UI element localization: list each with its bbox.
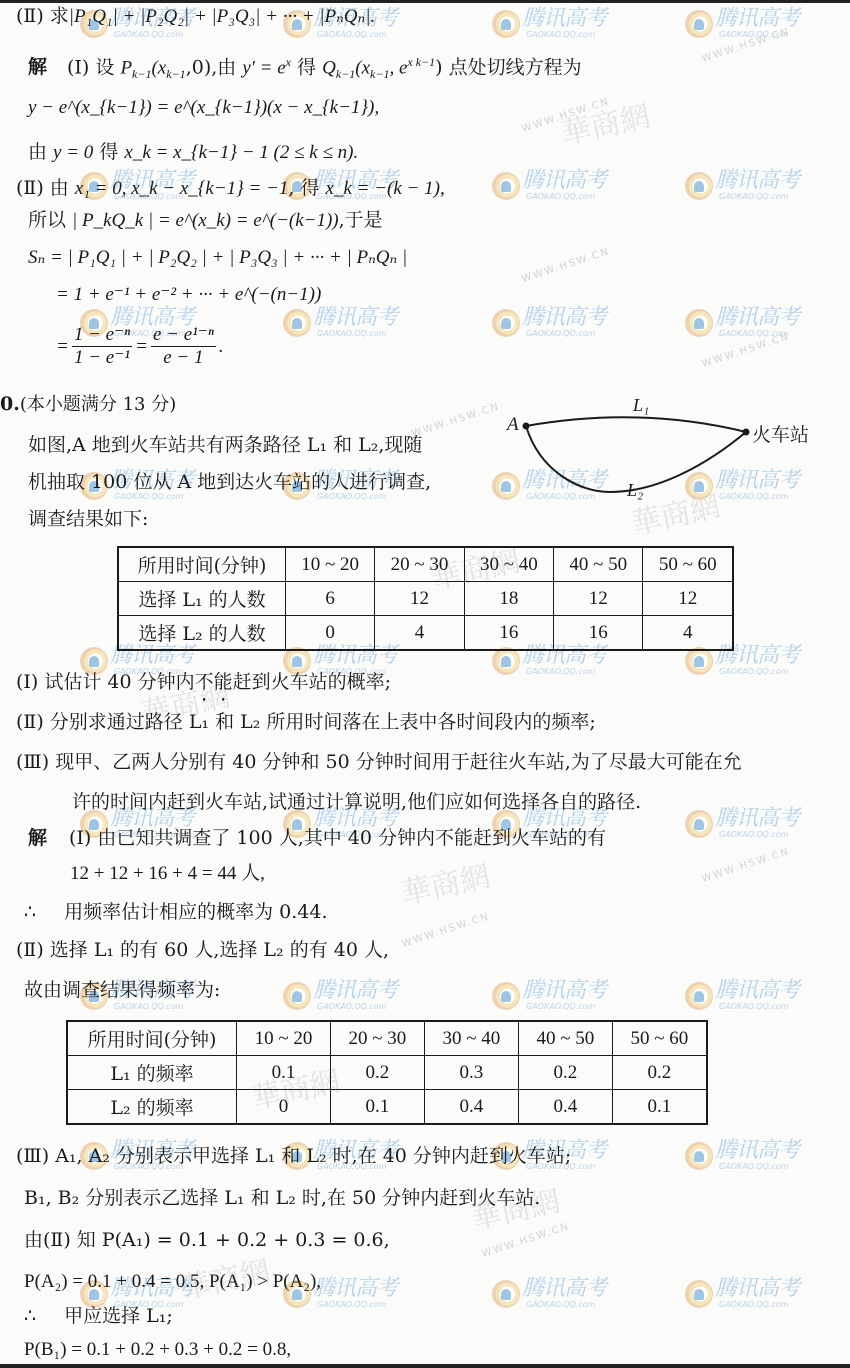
denominator: e − 1: [161, 347, 205, 369]
table-header-cell: 所用时间(分钟): [67, 1021, 237, 1056]
table-header-cell: 10 ~ 20: [286, 547, 375, 582]
station-dot: [743, 429, 750, 436]
therefore-symbol: ∴: [24, 901, 36, 923]
table-cell: 12: [643, 582, 733, 616]
row-label: L₂ 的频率: [67, 1090, 237, 1125]
equals-sign: =: [135, 335, 148, 359]
solution-part2-line-1: (Ⅱ) 选择 L₁ 的有 60 人,选择 L₂ 的有 40 人,: [16, 938, 389, 962]
math: , e: [389, 57, 407, 78]
solution-part3-line-4: P(A₂) = 0.1 + 0.4 = 0.5, P(A₁) > P(A₂),: [24, 1270, 321, 1294]
solution-part3-line-2: B₁, B₂ 分别表示乙选择 L₁ 和 L₂ 时,在 50 分钟内赶到火车站.: [24, 1186, 540, 1210]
fraction-2: e − e¹⁻ⁿe − 1: [151, 324, 216, 369]
tencent-logo-icon: [685, 172, 713, 200]
subscript: k−1: [166, 67, 185, 81]
prev-solution-line-2: y − e^(x_{k−1}) = e^(x_{k−1})(x − x_{k−1…: [28, 96, 379, 120]
tencent-logo-icon: [492, 982, 520, 1010]
watermark-hsw: WWW.HSW.CN: [411, 401, 502, 440]
text: 赶到火车站的概率;: [233, 671, 391, 693]
table-header-cell: 40 ~ 50: [554, 547, 643, 582]
table-cell: 0.1: [330, 1090, 424, 1125]
watermark-tencent: 腾讯高考GAOKAO.QQ.com: [685, 8, 799, 39]
table-header-cell: 30 ~ 40: [424, 1021, 518, 1056]
frequency-table: 所用时间(分钟) 10 ~ 20 20 ~ 30 30 ~ 40 40 ~ 50…: [66, 1020, 708, 1125]
text: (Ⅱ) 由: [16, 177, 75, 199]
table-cell: 0.3: [424, 1056, 518, 1090]
tencent-logo-icon: [492, 647, 520, 675]
prev-solution-line-3: 由 y = 0 得 x_k = x_{k−1} − 1 (2 ≤ k ≤ n).: [28, 140, 358, 165]
solution-part3-line-1: (Ⅲ) A₁, A₂ 分别表示甲选择 L₁ 和 L₂ 时,在 40 分钟内赶到火…: [16, 1144, 571, 1168]
therefore-symbol: ∴: [24, 1305, 36, 1327]
table-cell: 0: [237, 1090, 331, 1125]
problem-stem-line-1: 如图,A 地到火车站共有两条路径 L₁ 和 L₂,现随: [28, 433, 422, 457]
watermark-tencent: 腾讯高考GAOKAO.QQ.com: [492, 307, 606, 338]
tencent-logo-icon: [492, 1280, 520, 1308]
table-cell: 12: [375, 582, 464, 616]
math: y = 0: [53, 142, 93, 163]
table-cell: 0.4: [518, 1090, 612, 1125]
table-header-cell: 40 ~ 50: [518, 1021, 612, 1056]
tencent-logo-icon: [492, 10, 520, 38]
watermark-hsw: WWW.HSW.CN: [701, 26, 792, 65]
table-row: 选择 L₂ 的人数 0 4 16 16 4: [118, 616, 733, 651]
solution-line-1: 解(Ⅰ) 由已知共调查了 100 人,其中 40 分钟内不能赶到火车站的有: [28, 826, 606, 850]
path-l1-curve: [526, 417, 746, 432]
point-a-dot: [523, 423, 530, 430]
watermark-tencent: 腾讯高考GAOKAO.QQ.com: [492, 1278, 606, 1309]
subscript: k−1: [132, 67, 151, 81]
table-cell: 16: [554, 616, 643, 651]
math: x₁ = 0, x_k − x_{k−1} = −1: [75, 178, 289, 199]
tencent-logo-icon: [685, 647, 713, 675]
table-cell: 0.2: [330, 1056, 424, 1090]
table-row: 选择 L₁ 的人数 6 12 18 12 12: [118, 582, 733, 616]
watermark-tencent: 腾讯高考GAOKAO.QQ.com: [685, 808, 799, 839]
table-cell: 18: [464, 582, 553, 616]
math: | P_kQ_k | = e^(x_k) = e^(−(k−1)): [72, 210, 339, 231]
text: ,于是: [339, 209, 383, 231]
path-l1-label: L₁: [633, 395, 649, 416]
table-header-cell: 20 ~ 30: [330, 1021, 424, 1056]
table-header-row: 所用时间(分钟) 10 ~ 20 20 ~ 30 30 ~ 40 40 ~ 50…: [118, 547, 733, 582]
text: (Ⅰ) 设: [67, 56, 120, 78]
top-border-rule: [0, 0, 850, 3]
point-a-label: A: [507, 414, 519, 436]
question-3-line-1: (Ⅲ) 现甲、乙两人分别有 40 分钟和 50 分钟时间用于赶往火车站,为了尽最…: [16, 750, 742, 774]
watermark-tencent: 腾讯高考GAOKAO.QQ.com: [685, 1278, 799, 1309]
question-1: (Ⅰ) 试估计 40 分钟内不能赶到火车站的概率;: [16, 670, 391, 694]
path-l2-label: L₂: [627, 480, 643, 501]
tencent-logo-icon: [283, 309, 311, 337]
table-cell: 0.4: [424, 1090, 518, 1125]
row-label: L₁ 的频率: [67, 1056, 237, 1090]
table-cell: 4: [643, 616, 733, 651]
tencent-logo-icon: [685, 309, 713, 337]
survey-table: 所用时间(分钟) 10 ~ 20 20 ~ 30 30 ~ 40 40 ~ 50…: [117, 546, 734, 651]
watermark-tencent: 腾讯高考GAOKAO.QQ.com: [283, 980, 397, 1011]
table-header-cell: 50 ~ 60: [612, 1021, 707, 1056]
table-cell: 0.2: [518, 1056, 612, 1090]
fraction-1: 1 − e⁻ⁿ1 − e⁻¹: [72, 324, 132, 369]
watermark-tencent: 腾讯高考GAOKAO.QQ.com: [492, 170, 606, 201]
question-3-line-2: 许的时间内赶到火车站,试通过计算说明,他们应如何选择各自的路径.: [72, 790, 641, 814]
part-label: (Ⅱ) 求: [16, 5, 69, 27]
table-cell: 4: [375, 616, 464, 651]
watermark-hsw: WWW.HSW.CN: [521, 246, 612, 285]
table-row: L₁ 的频率 0.1 0.2 0.3 0.2 0.2: [67, 1056, 707, 1090]
watermark-hsw: WWW.HSW.CN: [701, 846, 792, 885]
watermark-tencent: 腾讯高考GAOKAO.QQ.com: [685, 307, 799, 338]
watermark-hua: 華商網: [556, 91, 653, 153]
table-cell: 0.1: [612, 1090, 707, 1125]
table-cell: 0.2: [612, 1056, 707, 1090]
watermark-hsw: WWW.HSW.CN: [701, 331, 792, 370]
prev-solution-line-1: 解(Ⅰ) 设 Pk−1(xk−1,0),由 y′ = ex 得 Qk−1(xk−…: [28, 50, 582, 86]
text: 用频率估计相应的概率为 0.44.: [64, 901, 327, 923]
solution-part3-line-3: 由(Ⅱ) 知 P(A₁) = 0.1 + 0.2 + 0.3 = 0.6,: [24, 1228, 390, 1252]
period: .: [219, 335, 224, 359]
table-cell: 0: [286, 616, 375, 651]
tencent-logo-icon: [685, 1142, 713, 1170]
table-row: L₂ 的频率 0 0.1 0.4 0.4 0.1: [67, 1090, 707, 1125]
tencent-logo-icon: [685, 10, 713, 38]
math: P: [120, 57, 132, 78]
prev-solution-part2-line-1: (Ⅱ) 由 x₁ = 0, x_k − x_{k−1} = −1, 得 x_k …: [16, 176, 445, 201]
table-cell: 12: [554, 582, 643, 616]
math: x_k = x_{k−1} − 1 (2 ≤ k ≤ n).: [124, 142, 358, 163]
prev-solution-part2-line-5: = 1 − e⁻ⁿ1 − e⁻¹ = e − e¹⁻ⁿe − 1 .: [56, 324, 224, 369]
solution-part2-line-2: 故由调查结果得频率为:: [24, 978, 220, 1002]
prev-solution-part2-line-3: Sₙ = | P₁Q₁ | + | P₂Q₂ | + | P₃Q₃ | + ··…: [28, 246, 407, 270]
text: 所以: [28, 209, 72, 231]
prev-part2-prompt: (Ⅱ) 求|P₁Q₁| + |P₂Q₂| + |P₃Q₃| + ··· + |P…: [16, 4, 375, 29]
text: 得: [291, 56, 322, 78]
bottom-border-rule: [0, 1364, 850, 1368]
watermark-hsw: WWW.HSW.CN: [521, 96, 612, 135]
tencent-logo-icon: [492, 172, 520, 200]
numerator: e − e¹⁻ⁿ: [151, 324, 216, 347]
watermark-tencent: 腾讯高考GAOKAO.QQ.com: [492, 980, 606, 1011]
solution-label: 解: [28, 56, 47, 78]
table-cell: 16: [464, 616, 553, 651]
equals-sign: =: [56, 335, 69, 359]
table-cell: 6: [286, 582, 375, 616]
watermark-tencent: 腾讯高考GAOKAO.QQ.com: [685, 170, 799, 201]
tencent-logo-icon: [492, 309, 520, 337]
solution-line-2: 12 + 12 + 16 + 4 = 44 人,: [70, 862, 265, 886]
text: 得: [93, 141, 124, 163]
emphasis-char: 能: [214, 671, 233, 693]
tencent-logo-icon: [685, 810, 713, 838]
math: Q: [322, 57, 336, 78]
superscript: x k−1: [407, 55, 435, 69]
table-header-row: 所用时间(分钟) 10 ~ 20 20 ~ 30 30 ~ 40 40 ~ 50…: [67, 1021, 707, 1056]
text: 由: [28, 141, 53, 163]
watermark-hua: 華商網: [396, 851, 493, 913]
problem-stem-line-2: 机抽取 100 位从 A 地到达火车站的人进行调查,: [28, 470, 431, 494]
solution-line-3: ∴用频率估计相应的概率为 0.44.: [24, 900, 327, 924]
math: (x: [355, 57, 370, 78]
question-2: (Ⅱ) 分别求通过路径 L₁ 和 L₂ 所用时间落在上表中各时间段内的频率;: [16, 710, 596, 734]
emphasis-char: 不: [195, 671, 214, 693]
math-expression: |P₁Q₁| + |P₂Q₂| + |P₃Q₃| + ··· + |PₙQₙ|.: [69, 6, 375, 27]
route-diagram: A 火车站 L₁ L₂: [500, 412, 830, 507]
tencent-logo-icon: [685, 982, 713, 1010]
text: ) 点处切线方程为: [435, 56, 581, 78]
watermark-tencent: 腾讯高考GAOKAO.QQ.com: [685, 1140, 799, 1171]
problem-number: 0.: [0, 393, 20, 415]
subscript: k−1: [370, 67, 389, 81]
text: 甲应选择 L₁;: [64, 1305, 173, 1327]
text: , 得: [288, 177, 325, 199]
table-header-cell: 30 ~ 40: [464, 547, 553, 582]
score-note: (本小题满分 13 分): [20, 394, 176, 415]
watermark-tencent: 腾讯高考GAOKAO.QQ.com: [685, 980, 799, 1011]
text: ,0),由: [186, 56, 243, 78]
row-label: 选择 L₁ 的人数: [118, 582, 286, 616]
math: x_k = −(k − 1),: [326, 178, 445, 199]
problem-header: 0.(本小题满分 13 分): [0, 392, 176, 417]
text: (Ⅰ) 由已知共调查了 100 人,其中 40 分钟内不能赶到火车站的有: [69, 827, 606, 849]
watermark-hsw: WWW.HSW.CN: [401, 911, 492, 950]
subscript: k−1: [336, 67, 355, 81]
station-label: 火车站: [752, 420, 809, 447]
prev-solution-part2-line-4: = 1 + e⁻¹ + e⁻² + ··· + e^(−(n−1)): [56, 283, 321, 307]
problem-stem-line-3: 调查结果如下:: [28, 507, 148, 531]
text: (Ⅰ) 试估计 40 分钟内: [16, 671, 195, 693]
prev-solution-part2-line-2: 所以 | P_kQ_k | = e^(x_k) = e^(−(k−1)),于是: [28, 208, 383, 233]
math: y′ = e: [242, 57, 285, 78]
tencent-logo-icon: [685, 1280, 713, 1308]
solution-part3-line-6: P(B₁) = 0.1 + 0.2 + 0.3 + 0.2 = 0.8,: [24, 1338, 291, 1362]
tencent-logo-icon: [283, 982, 311, 1010]
watermark-tencent: 腾讯高考GAOKAO.QQ.com: [283, 307, 397, 338]
table-header-cell: 50 ~ 60: [643, 547, 733, 582]
solution-part3-line-5: ∴甲应选择 L₁;: [24, 1304, 173, 1328]
watermark-tencent: 腾讯高考GAOKAO.QQ.com: [492, 8, 606, 39]
watermark-hsw: WWW.HSW.CN: [481, 1221, 572, 1260]
table-header-cell: 所用时间(分钟): [118, 547, 286, 582]
table-cell: 0.1: [237, 1056, 331, 1090]
table-header-cell: 10 ~ 20: [237, 1021, 331, 1056]
row-label: 选择 L₂ 的人数: [118, 616, 286, 651]
math: (x: [151, 57, 166, 78]
table-header-cell: 20 ~ 30: [375, 547, 464, 582]
solution-label: 解: [28, 827, 47, 849]
denominator: 1 − e⁻¹: [72, 347, 132, 369]
numerator: 1 − e⁻ⁿ: [72, 324, 132, 347]
